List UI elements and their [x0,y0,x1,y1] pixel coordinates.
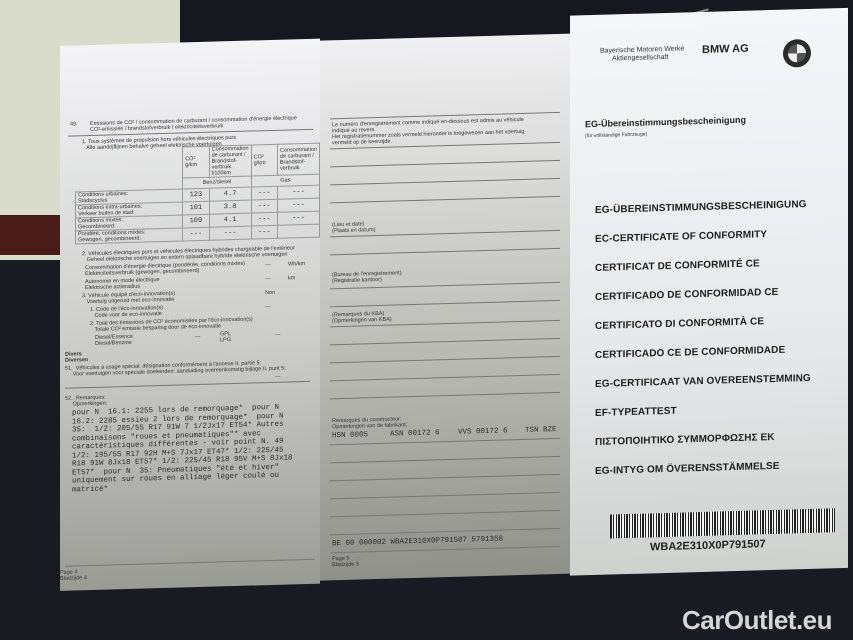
elec-consumption-label: Consommation d'énergie électrique (pondé… [85,261,245,277]
eco-code-label: 1. Code de l'éco-innovation(s) Code voor… [90,305,163,319]
ruled-line [330,300,560,307]
divider [65,381,310,389]
elec-range-unit: km [288,275,295,281]
elec-range-value: --- [265,276,271,282]
eco-innovation-label: 3. Véhicule équipé d'éco-innovation(s) V… [82,291,175,306]
consumption-value: --- [209,226,251,240]
ruled-line [330,356,560,363]
document-subtitle: (für vollständige Fahrzeuge) [585,131,647,139]
kba-remarks-label: (Remarques du KBA) (Opmerkingen van KBA) [332,311,392,325]
ruled-line [330,196,560,203]
cert-title-sv: EG-INTYG OM ÖVERENSSTÄMMELSE [595,461,779,477]
co2-value: 101 [183,201,209,215]
gpl-value: --- [275,332,281,338]
divider [65,559,315,567]
gas-co2-value: --- [251,199,277,213]
section-51-value: --- [275,374,281,380]
page-5-label: Page 5 Bladzijde 5 [332,556,359,569]
consumption-value: 4.7 [209,187,251,201]
gas-co2-value: --- [251,225,277,239]
ruled-line [330,248,560,255]
co2-value: --- [183,227,209,241]
section-49-number: 49. [70,121,78,127]
ruled-line [330,528,560,535]
divers-heading: Divers Diversen [65,351,88,364]
page-4: 49. Emissions de CO² / consommation de c… [60,39,320,591]
manufacturer-remarks-label: Remarques du constructeur: Opmerkingen v… [332,416,407,430]
watermark-logo: CarOutlet.eu [682,605,832,636]
ruled-line [330,160,560,167]
gpl-label: GPL LPG [220,331,231,343]
ruled-line [330,374,560,381]
section-51: 51. Véhicules à usage spécial: désignati… [65,360,286,378]
cover-page: Bayerische Motoren Werke Aktiengesellsch… [570,8,848,576]
eco-innovation-value: Non [265,290,275,296]
bmw-roundel-icon [783,39,811,68]
company-name: Bayerische Motoren Werke [600,46,684,54]
gas-consumption-value: --- [277,185,319,199]
ruled-line [330,474,560,481]
registration-office-label: (Bureau de l'enregistrement) (Registrati… [332,270,402,284]
code-hsn: HSN 0005 [332,431,368,441]
code-asn: ASN 00172 6 [390,429,440,439]
gas-co2-value: --- [251,212,277,226]
diesel-label: Diesel/Essence Diesel/Benzine [95,334,133,347]
brand-name: BMW AG [702,46,749,53]
cert-title-nl: EG-CERTIFICAAT VAN OVEREENSTEMMING [595,373,811,390]
eco-code-value: --- [265,304,271,310]
page-4-label: Page 4 Bladzijde 4 [60,569,87,582]
col-gas-co2: CO² g/km [251,144,277,176]
vin-barcode [610,508,835,538]
ruled-line [330,492,560,499]
ruled-line [330,338,560,345]
gas-co2-value: --- [251,186,277,200]
ruled-line [330,456,560,463]
ruled-line [330,510,560,517]
gas-consumption-value: --- [277,211,319,225]
ruled-line [330,392,560,399]
consumption-value: 3.8 [209,200,251,214]
consumption-value: 4.1 [209,213,251,227]
place-date-label: (Lieu et date) (Plaats en datum) [332,221,375,234]
page-5: Le numéro d'enregistrement comme indiqué… [320,34,570,581]
co2-value: 123 [183,188,209,202]
co2-value: 109 [183,214,209,228]
cert-title-pt: CERTIFICADO CE DE CONFORMIDADE [595,345,785,361]
cert-title-it: CERTIFICATO DI CONFORMITÀ CE [595,316,764,332]
elec-range-label: Autonomie en mode électrique Elektrische… [85,277,160,291]
section-52: 52. Remarques: Opmerkingen: [65,395,107,408]
emissions-table: CO² g/km Consommation de carburant / Bra… [75,143,320,245]
certificate-document: 49. Emissions de CO² / consommation de c… [20,12,840,595]
document-title: EG-Übereinstimmungsbescheinigung [585,117,746,127]
cert-title-de: EG-ÜBEREINSTIMMUNGSBESCHEINIGUNG [595,199,807,216]
elec-consumption-unit: Wh/km [288,261,305,267]
cert-title-es: CERTIFICADO DE CONFORMIDAD CE [595,287,778,303]
col-consumption: Consommation de carburant / Brandstof-ve… [209,145,251,177]
col-co2: CO² g/km [183,146,209,178]
remarks-text: pour N 16.1: 2255 lors de remorquage* po… [72,403,293,494]
vin-text: WBA2E310X0P791507 [650,538,766,553]
cert-title-el: ΠΙΣΤΟΠΟΙΗΤΙΚΟ ΣΥΜΜΟΡΦΩΣΗΣ ΕΚ [595,432,775,448]
gas-consumption-value [277,224,319,238]
diesel-value: --- [195,334,201,340]
elec-consumption-value: --- [265,262,271,268]
subsection-2: 2. Véhicules électriques purs et véhicul… [82,245,295,263]
code-tsn: TSN BZE [525,426,557,435]
reference-line: BE 00 000002 WBA2E310X0P791507 5791358 [332,536,503,549]
ruled-line [330,178,560,185]
code-vvs: VVS 00172 6 [458,427,508,437]
cert-title-fr: CERTIFICAT DE CONFORMITÉ CE [595,258,760,274]
col-gas-consumption: Consommation de carburant / Brandstof-ve… [277,143,319,175]
cert-title-en: EC-CERTIFICATE OF CONFORMITY [595,229,767,245]
company-type: Aktiengesellschaft [612,55,668,63]
gas-consumption-value: --- [277,198,319,212]
row-label: Pondéré, conditions mixtes: Gewogen, gec… [76,228,183,244]
registration-note: Le numéro d'enregistrement comme indiqué… [332,117,524,146]
cert-title-da: EF-TYPEATTEST [595,406,677,419]
roundel-quarters [788,44,806,63]
